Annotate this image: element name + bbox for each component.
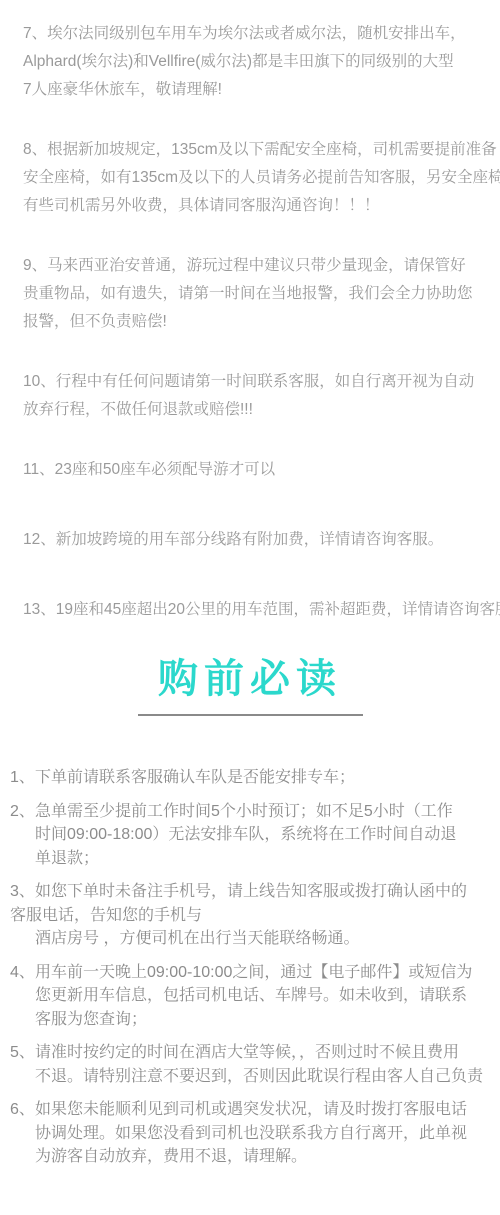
- title-block: 购前必读: [0, 656, 500, 716]
- note-item-13: 13、19座和45座超出20公里的用车范围，需补超距费，详情请咨询客服: [23, 596, 498, 624]
- notice-line: 酒店房号 ，方便司机在出行当天能联络畅通。: [35, 927, 498, 951]
- notice-line: 为游客自动放弃，费用不退，请理解。: [35, 1145, 498, 1169]
- notice-line: 如果您未能顺利见到司机或遇突发状况，请及时拨打客服电话: [35, 1098, 498, 1122]
- note-line: 安全座椅，如有135cm及以下的人员请务必提前告知客服，另安全座椅: [23, 164, 498, 192]
- notice-number: 5、: [10, 1041, 35, 1088]
- pre-title-notes-section: 7、埃尔法同级别包车用车为埃尔法或者威尔法，随机安排出车， Alphard(埃尔…: [0, 0, 500, 624]
- notice-number: 6、: [10, 1098, 35, 1169]
- note-line: Alphard(埃尔法)和Vellfire(威尔法)都是丰田旗下的同级别的大型: [23, 48, 498, 76]
- notice-line: 单退款；: [35, 847, 498, 871]
- note-item-11: 11、23座和50座车必须配导游才可以: [23, 456, 498, 484]
- note-item-10: 10、行程中有任何问题请第一时间联系客服，如自行离开视为自动 放弃行程，不做任何…: [23, 368, 498, 424]
- notice-line: 不退。请特别注意不要迟到，否则因此耽误行程由客人自己负责: [35, 1065, 498, 1089]
- notice-line: 用车前一天晚上09:00-10:00之间，通过【电子邮件】或短信为: [35, 961, 498, 985]
- note-line: 9、马来西亚治安普通，游玩过程中建议只带少量现金，请保管好: [23, 252, 498, 280]
- page-title: 购前必读: [0, 656, 500, 702]
- notice-line: 客服为您查询；: [35, 1008, 498, 1032]
- purchase-notices-section: 1、 下单前请联系客服确认车队是否能安排专车； 2、 急单需至少提前工作时间5个…: [0, 716, 500, 1169]
- notice-number: 2、: [10, 800, 35, 871]
- note-item-7: 7、埃尔法同级别包车用车为埃尔法或者威尔法，随机安排出车， Alphard(埃尔…: [23, 20, 498, 104]
- note-line: 8、根据新加坡规定，135cm及以下需配安全座椅，司机需要提前准备: [23, 136, 498, 164]
- note-item-12: 12、新加坡跨境的用车部分线路有附加费，详情请咨询客服。: [23, 526, 498, 554]
- notice-item-5: 5、 请准时按约定的时间在酒店大堂等候，，否则过时不候且费用 不退。请特别注意不…: [10, 1041, 498, 1088]
- note-line: 贵重物品，如有遗失，请第一时间在当地报警，我们会全力协助您: [23, 280, 498, 308]
- notice-number: 1、: [10, 766, 35, 790]
- notice-line: 您更新用车信息，包括司机电话、车牌号。如未收到，请联系: [35, 984, 498, 1008]
- notice-line: 请准时按约定的时间在酒店大堂等候，，否则过时不候且费用: [35, 1041, 498, 1065]
- notice-line: 协调处理。如果您没看到司机也没联系我方自行离开，此单视: [35, 1122, 498, 1146]
- note-line: 报警，但不负责赔偿!: [23, 308, 498, 336]
- note-item-9: 9、马来西亚治安普通，游玩过程中建议只带少量现金，请保管好 贵重物品，如有遗失，…: [23, 252, 498, 336]
- notice-item-4: 4、 用车前一天晚上09:00-10:00之间，通过【电子邮件】或短信为 您更新…: [10, 961, 498, 1032]
- note-line: 7人座豪华休旅车，敬请理解!: [23, 76, 498, 104]
- note-line: 12、新加坡跨境的用车部分线路有附加费，详情请咨询客服。: [23, 526, 498, 554]
- notice-line: 急单需至少提前工作时间5个小时预订；如不足5小时（工作: [35, 800, 498, 824]
- note-line: 11、23座和50座车必须配导游才可以: [23, 456, 498, 484]
- note-line: 7、埃尔法同级别包车用车为埃尔法或者威尔法，随机安排出车，: [23, 20, 498, 48]
- notice-line: 下单前请联系客服确认车队是否能安排专车；: [35, 766, 498, 790]
- notice-line: 客服电话，告知您的手机与: [10, 904, 498, 928]
- notice-item-2: 2、 急单需至少提前工作时间5个小时预订；如不足5小时（工作 时间09:00-1…: [10, 800, 498, 871]
- notice-item-1: 1、 下单前请联系客服确认车队是否能安排专车；: [10, 766, 498, 790]
- note-line: 有些司机需另外收费，具体请同客服沟通咨询！！！: [23, 192, 498, 220]
- notice-line: 如您下单时未备注手机号，请上线告知客服或拨打确认函中的: [35, 880, 498, 904]
- note-item-8: 8、根据新加坡规定，135cm及以下需配安全座椅，司机需要提前准备 安全座椅，如…: [23, 136, 498, 220]
- notice-item-3: 3、 如您下单时未备注手机号，请上线告知客服或拨打确认函中的 客服电话，告知您的…: [10, 880, 498, 951]
- notice-number: 4、: [10, 961, 35, 1032]
- notice-line: 时间09:00-18:00）无法安排车队，系统将在工作时间自动退: [35, 823, 498, 847]
- note-line: 放弃行程，不做任何退款或赔偿!!!: [23, 396, 498, 424]
- notice-item-6: 6、 如果您未能顺利见到司机或遇突发状况，请及时拨打客服电话 协调处理。如果您没…: [10, 1098, 498, 1169]
- note-line: 13、19座和45座超出20公里的用车范围，需补超距费，详情请咨询客服: [23, 596, 498, 624]
- note-line: 10、行程中有任何问题请第一时间联系客服，如自行离开视为自动: [23, 368, 498, 396]
